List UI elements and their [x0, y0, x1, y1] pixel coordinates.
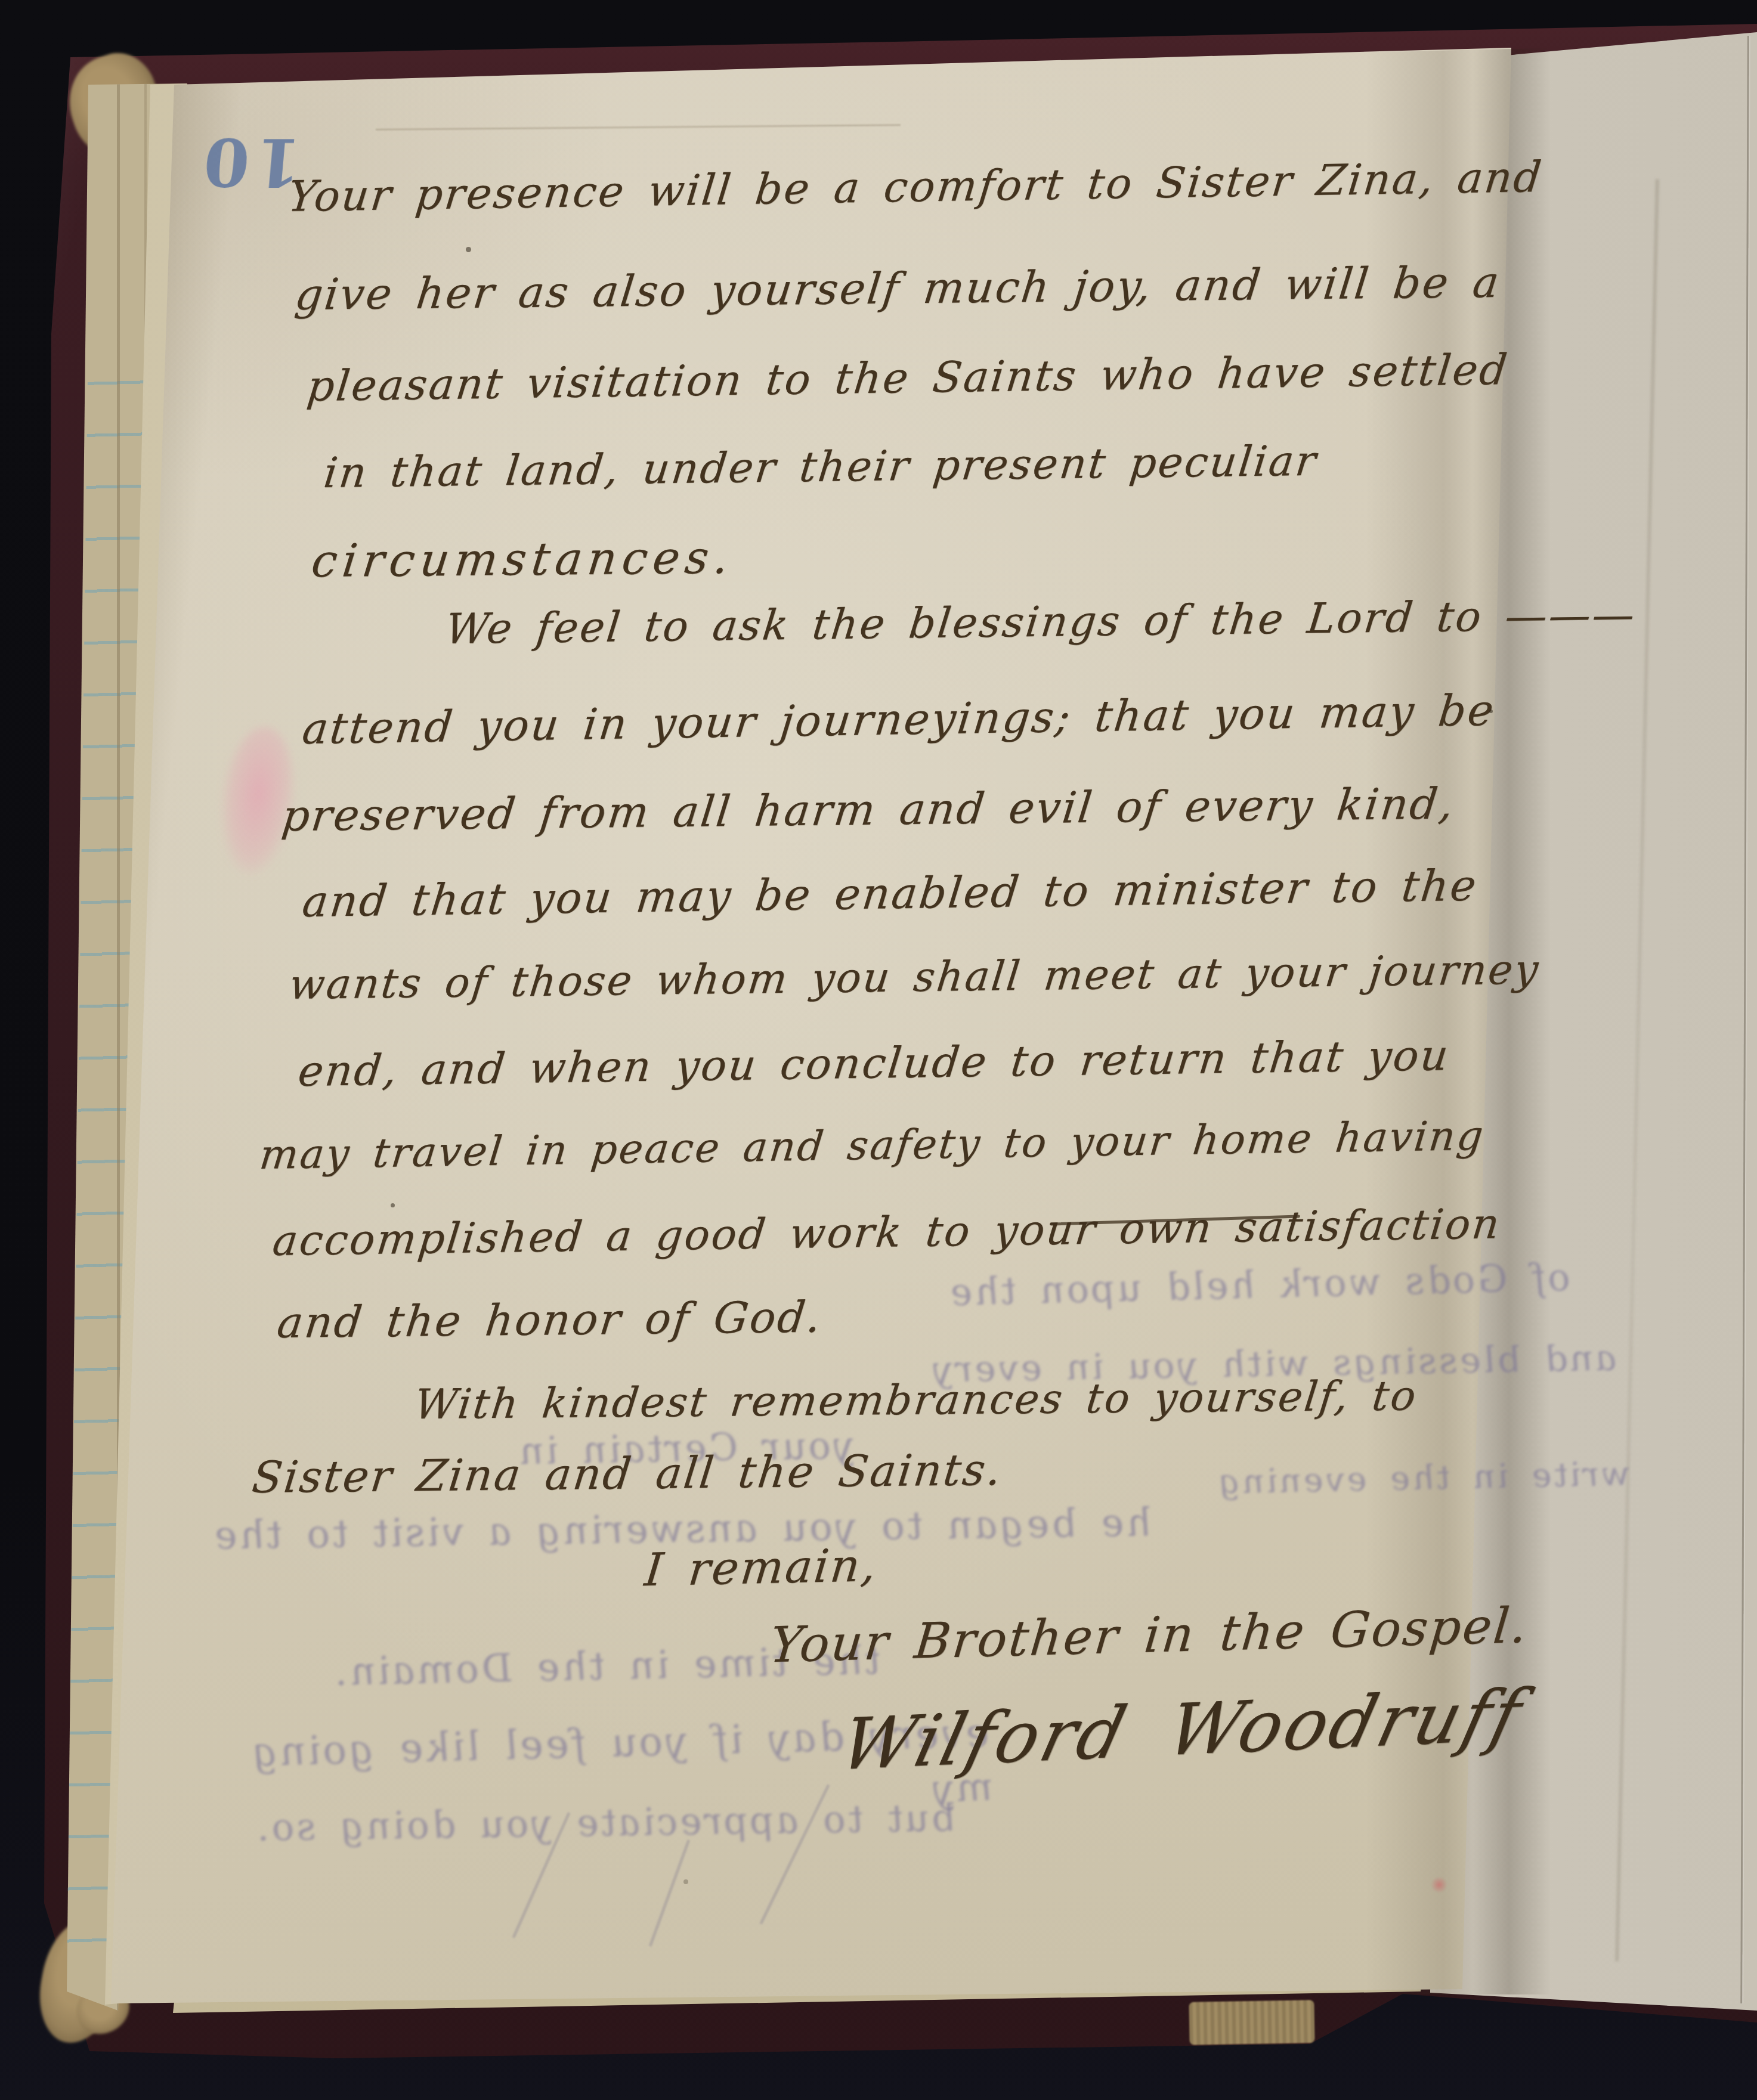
- page-number-stamp: 10: [195, 129, 304, 194]
- paper-speck: [683, 1879, 688, 1884]
- paper-speck: [1489, 710, 1493, 713]
- manuscript-line: With kindest remembrances to yourself, t…: [412, 1372, 1420, 1429]
- worn-cloth-spine-bottom: [1189, 2000, 1314, 2045]
- manuscript-line: I remain,: [642, 1538, 880, 1596]
- scanned-journal-photo: of Gods work held upon theand blessings …: [0, 0, 1757, 2100]
- paper-speck: [391, 1203, 395, 1207]
- manuscript-line: circumstances.: [309, 531, 737, 587]
- manuscript-line: and the honor of God.: [275, 1291, 825, 1348]
- paper-speck: [466, 247, 471, 252]
- manuscript-line: Sister Zina and all the Saints.: [249, 1445, 1005, 1503]
